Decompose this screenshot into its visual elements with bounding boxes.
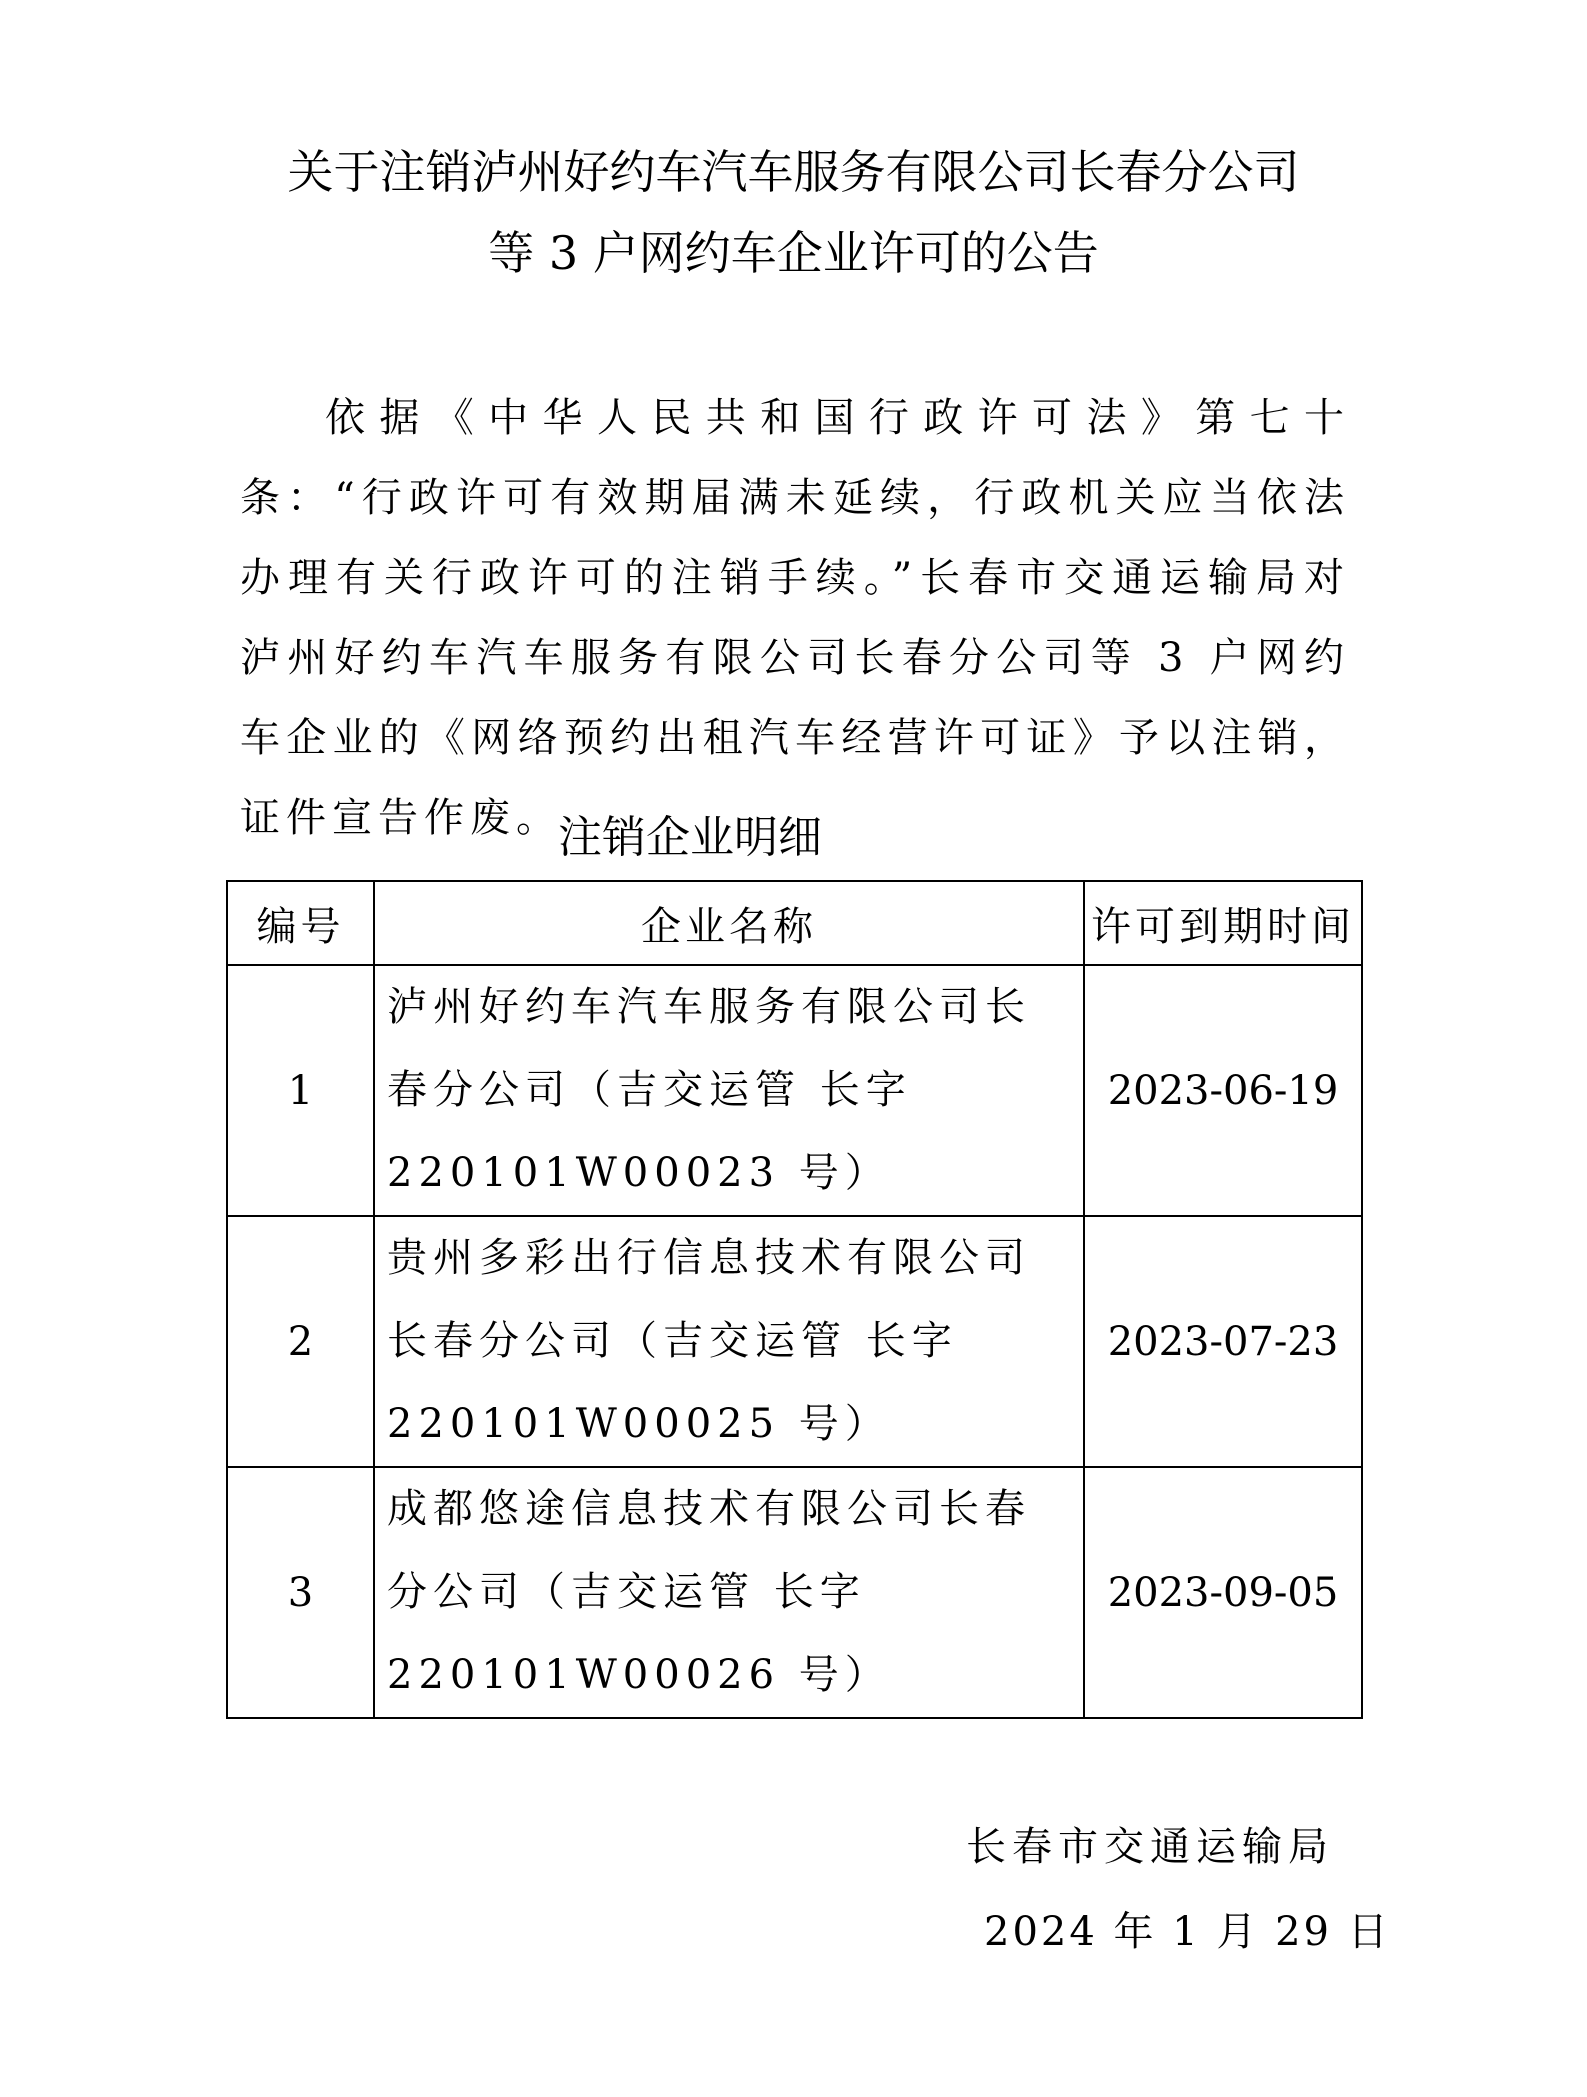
- cell-number: 3: [227, 1467, 374, 1718]
- issue-date: 2024 年 1 月 29 日: [984, 1900, 1391, 1957]
- header-expiry-date: 许可到期时间: [1084, 881, 1362, 965]
- table-header-row: 编号 企业名称 许可到期时间: [227, 881, 1362, 965]
- header-number: 编号: [227, 881, 374, 965]
- cell-number: 1: [227, 965, 374, 1216]
- table-title: 注销企业明细: [0, 808, 1380, 868]
- table-row: 3 成都悠途信息技术有限公司长春分公司（吉交运管 长字220101W00026 …: [227, 1467, 1362, 1718]
- cell-expiry-date: 2023-07-23: [1084, 1216, 1362, 1467]
- table-row: 1 泸州好约车汽车服务有限公司长春分公司（吉交运管 长字220101W00023…: [227, 965, 1362, 1216]
- body-paragraph: 依据《中华人民共和国行政许可法》第七十条：“行政许可有效期届满未延续，行政机关应…: [240, 378, 1350, 858]
- table-row: 2 贵州多彩出行信息技术有限公司长春分公司（吉交运管 长字220101W0002…: [227, 1216, 1362, 1467]
- cell-company-name: 贵州多彩出行信息技术有限公司长春分公司（吉交运管 长字220101W00025 …: [374, 1216, 1084, 1467]
- cell-company-name: 泸州好约车汽车服务有限公司长春分公司（吉交运管 长字220101W00023 号…: [374, 965, 1084, 1216]
- document-title-line2: 等 3 户网约车企业许可的公告: [0, 223, 1587, 283]
- issuer-signature: 长春市交通运输局: [966, 1815, 1334, 1872]
- document-title-line1: 关于注销泸州好约车汽车服务有限公司长春分公司: [0, 142, 1587, 202]
- revocation-table: 编号 企业名称 许可到期时间 1 泸州好约车汽车服务有限公司长春分公司（吉交运管…: [226, 880, 1363, 1719]
- cell-company-name: 成都悠途信息技术有限公司长春分公司（吉交运管 长字220101W00026 号）: [374, 1467, 1084, 1718]
- header-company-name: 企业名称: [374, 881, 1084, 965]
- cell-expiry-date: 2023-09-05: [1084, 1467, 1362, 1718]
- cell-expiry-date: 2023-06-19: [1084, 965, 1362, 1216]
- cell-number: 2: [227, 1216, 374, 1467]
